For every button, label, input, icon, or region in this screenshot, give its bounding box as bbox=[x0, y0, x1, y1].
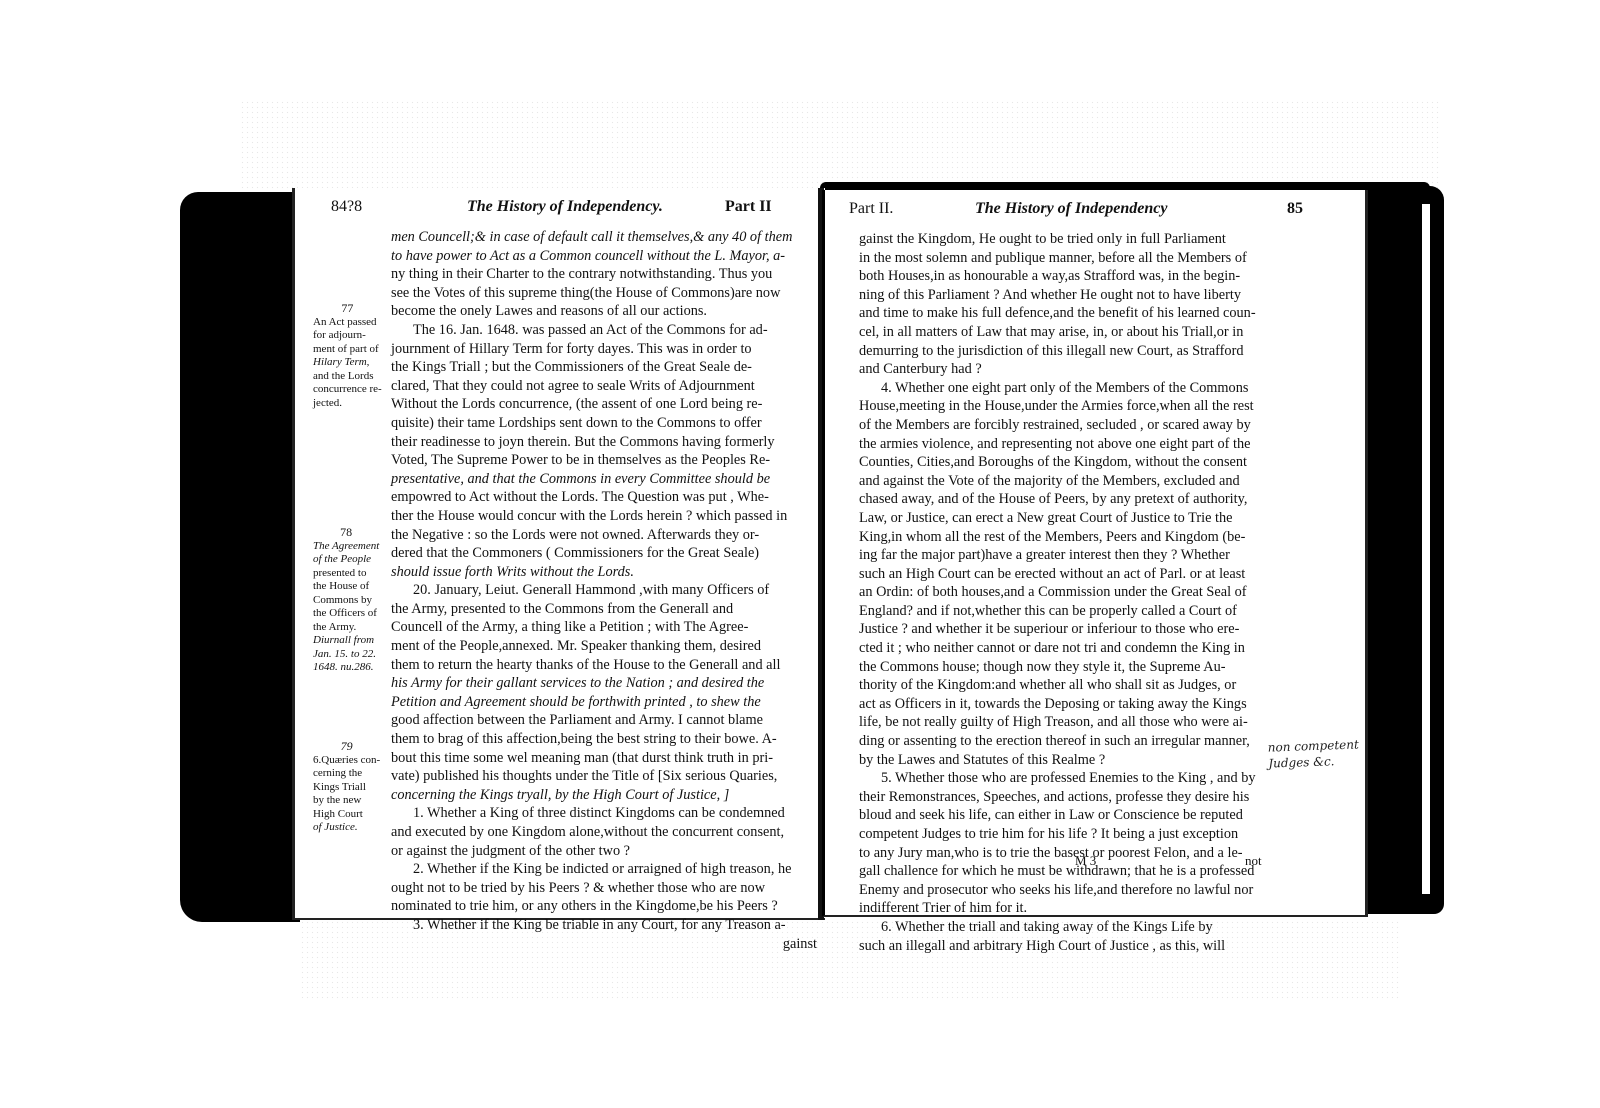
text-line: quisite) their tame Lordships sent down … bbox=[391, 414, 817, 433]
text-line: 4. Whether one eight part only of the Me… bbox=[859, 379, 1256, 398]
text-line: nominated to trie him, or any others in … bbox=[391, 897, 817, 916]
signature-mark: M 3 bbox=[1075, 853, 1096, 869]
text-line: journment of Hillary Term for forty daye… bbox=[391, 340, 817, 359]
running-title: The History of Independency. bbox=[467, 198, 663, 216]
text-line: the Kings Triall ; but the Commissioners… bbox=[391, 358, 817, 377]
text-line: should issue forth Writs without the Lor… bbox=[391, 563, 817, 582]
right-body-text: gainst the Kingdom, He ought to be tried… bbox=[859, 230, 1256, 955]
running-title: The History of Independency bbox=[975, 200, 1167, 218]
text-line: their Remonstrances, Speeches, and actio… bbox=[859, 788, 1256, 807]
left-body-text: men Councell;& in case of default call i… bbox=[391, 228, 817, 953]
text-line: ment of the People,annexed. Mr. Speaker … bbox=[391, 637, 817, 656]
text-line: the armies violence, and representing no… bbox=[859, 435, 1256, 454]
text-line: England? and if not,whether this can be … bbox=[859, 602, 1256, 621]
text-line: become the onely Lawes and reasons of al… bbox=[391, 302, 817, 321]
text-line: in the most solemn and publique manner, … bbox=[859, 249, 1256, 268]
text-line: 5. Whether those who are professed Enemi… bbox=[859, 769, 1256, 788]
text-line: an Ordin: of both houses,and a Commissio… bbox=[859, 583, 1256, 602]
text-line: bout this time some wel meaning man (tha… bbox=[391, 749, 817, 768]
text-line: and against the Vote of the majority of … bbox=[859, 472, 1256, 491]
text-line: clared, That they could not agree to sea… bbox=[391, 377, 817, 396]
text-line: their readinesse to joyn therein. But th… bbox=[391, 433, 817, 452]
text-line: such an High Court can be erected withou… bbox=[859, 565, 1256, 584]
text-line: Councell of the Army, a thing like a Pet… bbox=[391, 618, 817, 637]
text-line: empowred to Act without the Lords. The Q… bbox=[391, 488, 817, 507]
text-line: 1. Whether a King of three distinct King… bbox=[391, 804, 817, 823]
text-line: indifferent Trier of him for it. bbox=[859, 899, 1256, 918]
text-line: The 16. Jan. 1648. was passed an Act of … bbox=[391, 321, 817, 340]
text-line: and Canterbury had ? bbox=[859, 360, 1256, 379]
left-running-head: 84?8 The History of Independency. Part I… bbox=[295, 198, 825, 222]
part-label: Part II. bbox=[849, 200, 893, 218]
text-line: to have power to Act as a Common councel… bbox=[391, 247, 817, 266]
book-cover-left bbox=[180, 192, 300, 922]
text-line: act as Officers in it, towards the Depos… bbox=[859, 695, 1256, 714]
text-line: Justice ? and whether it be superiour or… bbox=[859, 620, 1256, 639]
catchword: gainst bbox=[391, 935, 817, 954]
text-line: bloud and seek his life, can either in L… bbox=[859, 806, 1256, 825]
text-line: presentative, and that the Commons in ev… bbox=[391, 470, 817, 489]
text-line: ther the House would concur with the Lor… bbox=[391, 507, 817, 526]
text-line: 6. Whether the triall and taking away of… bbox=[859, 918, 1256, 937]
text-line: ny thing in their Charter to the contrar… bbox=[391, 265, 817, 284]
text-line: both Houses,in as honourable a way,as St… bbox=[859, 267, 1256, 286]
left-page: 84?8 The History of Independency. Part I… bbox=[292, 188, 825, 920]
catchword: not bbox=[1245, 853, 1262, 869]
text-line: 3. Whether if the King be triable in any… bbox=[391, 916, 817, 935]
text-line: gall challence for which he must be with… bbox=[859, 862, 1256, 881]
text-line: thority of the Kingdom:and whether all w… bbox=[859, 676, 1256, 695]
marginal-note-78: 78 The Agreement of the People presented… bbox=[313, 526, 379, 675]
text-line: Without the Lords concurrence, (the asse… bbox=[391, 395, 817, 414]
text-line: ning of this Parliament ? And whether He… bbox=[859, 286, 1256, 305]
scan-noise-top bbox=[240, 100, 1440, 190]
text-line: concerning the Kings tryall, by the High… bbox=[391, 786, 817, 805]
right-page: Part II. The History of Independency 85 … bbox=[822, 190, 1368, 917]
text-line: them to brag of this affection,being the… bbox=[391, 730, 817, 749]
text-line: vate) published his thoughts under the T… bbox=[391, 767, 817, 786]
marginal-note-77: 77 An Act passed for adjourn- ment of pa… bbox=[313, 302, 382, 410]
text-line: 2. Whether if the King be indicted or ar… bbox=[391, 860, 817, 879]
text-line: competent Judges to trie him for his lif… bbox=[859, 825, 1256, 844]
cover-edge-strip bbox=[1422, 204, 1430, 894]
text-line: the Negative : so the Lords were not own… bbox=[391, 526, 817, 545]
text-line: House,meeting in the House,under the Arm… bbox=[859, 397, 1256, 416]
text-line: Law, or Justice, can erect a New great C… bbox=[859, 509, 1256, 528]
text-line: or against the judgment of the other two… bbox=[391, 842, 817, 861]
text-line: ding or assenting to the erection thereo… bbox=[859, 732, 1256, 751]
text-line: and executed by one Kingdom alone,withou… bbox=[391, 823, 817, 842]
text-line: his Army for their gallant services to t… bbox=[391, 674, 817, 693]
right-running-head: Part II. The History of Independency 85 bbox=[825, 200, 1365, 224]
text-line: and time to make his full defence,and th… bbox=[859, 304, 1256, 323]
text-line: by the Lawes and Statutes of this Realme… bbox=[859, 751, 1256, 770]
text-line: life, be not really guilty of High Treas… bbox=[859, 713, 1256, 732]
text-line: such an illegall and arbitrary High Cour… bbox=[859, 937, 1256, 956]
text-line: see the Votes of this supreme thing(the … bbox=[391, 284, 817, 303]
text-line: the Army, presented to the Commons from … bbox=[391, 600, 817, 619]
text-line: Counties, Cities,and Boroughs of the Kin… bbox=[859, 453, 1256, 472]
text-line: chased away, and of the House of Peers, … bbox=[859, 490, 1256, 509]
text-line: the Commons house; though now they style… bbox=[859, 658, 1256, 677]
text-line: Enemy and prosecutor who seeks his life,… bbox=[859, 881, 1256, 900]
text-line: Voted, The Supreme Power to be in themse… bbox=[391, 451, 817, 470]
text-line: King,in whom all the rest of the Members… bbox=[859, 528, 1256, 547]
part-label: Part II bbox=[725, 198, 772, 216]
marginal-note-79: 79 6.Quæries con- cerning the Kings Tria… bbox=[313, 740, 380, 835]
text-line: Petition and Agreement should be forthwi… bbox=[391, 693, 817, 712]
text-line: cel, in all matters of Law that may aris… bbox=[859, 323, 1256, 342]
text-line: 20. January, Leiut. Generall Hammond ,wi… bbox=[391, 581, 817, 600]
text-line: gainst the Kingdom, He ought to be tried… bbox=[859, 230, 1256, 249]
text-line: dered that the Commoners ( Commissioners… bbox=[391, 544, 817, 563]
text-line: good affection between the Parliament an… bbox=[391, 711, 817, 730]
text-line: of the Members are forcibly restrained, … bbox=[859, 416, 1256, 435]
text-line: cted it ; who neither cannot or dare not… bbox=[859, 639, 1256, 658]
handwritten-annotation: non competent Judges &c. bbox=[1267, 736, 1359, 771]
text-line: men Councell;& in case of default call i… bbox=[391, 228, 817, 247]
book-cover-right bbox=[1362, 186, 1444, 914]
page-number: 85 bbox=[1287, 200, 1303, 218]
text-line: to any Jury man,who is to trie the bases… bbox=[859, 844, 1256, 863]
text-line: them to return the hearty thanks of the … bbox=[391, 656, 817, 675]
text-line: demurring to the jurisdiction of this il… bbox=[859, 342, 1256, 361]
page-number: 84?8 bbox=[331, 198, 362, 216]
text-line: ought not to be tried by his Peers ? & w… bbox=[391, 879, 817, 898]
text-line: ing far the major part)have a greater in… bbox=[859, 546, 1256, 565]
